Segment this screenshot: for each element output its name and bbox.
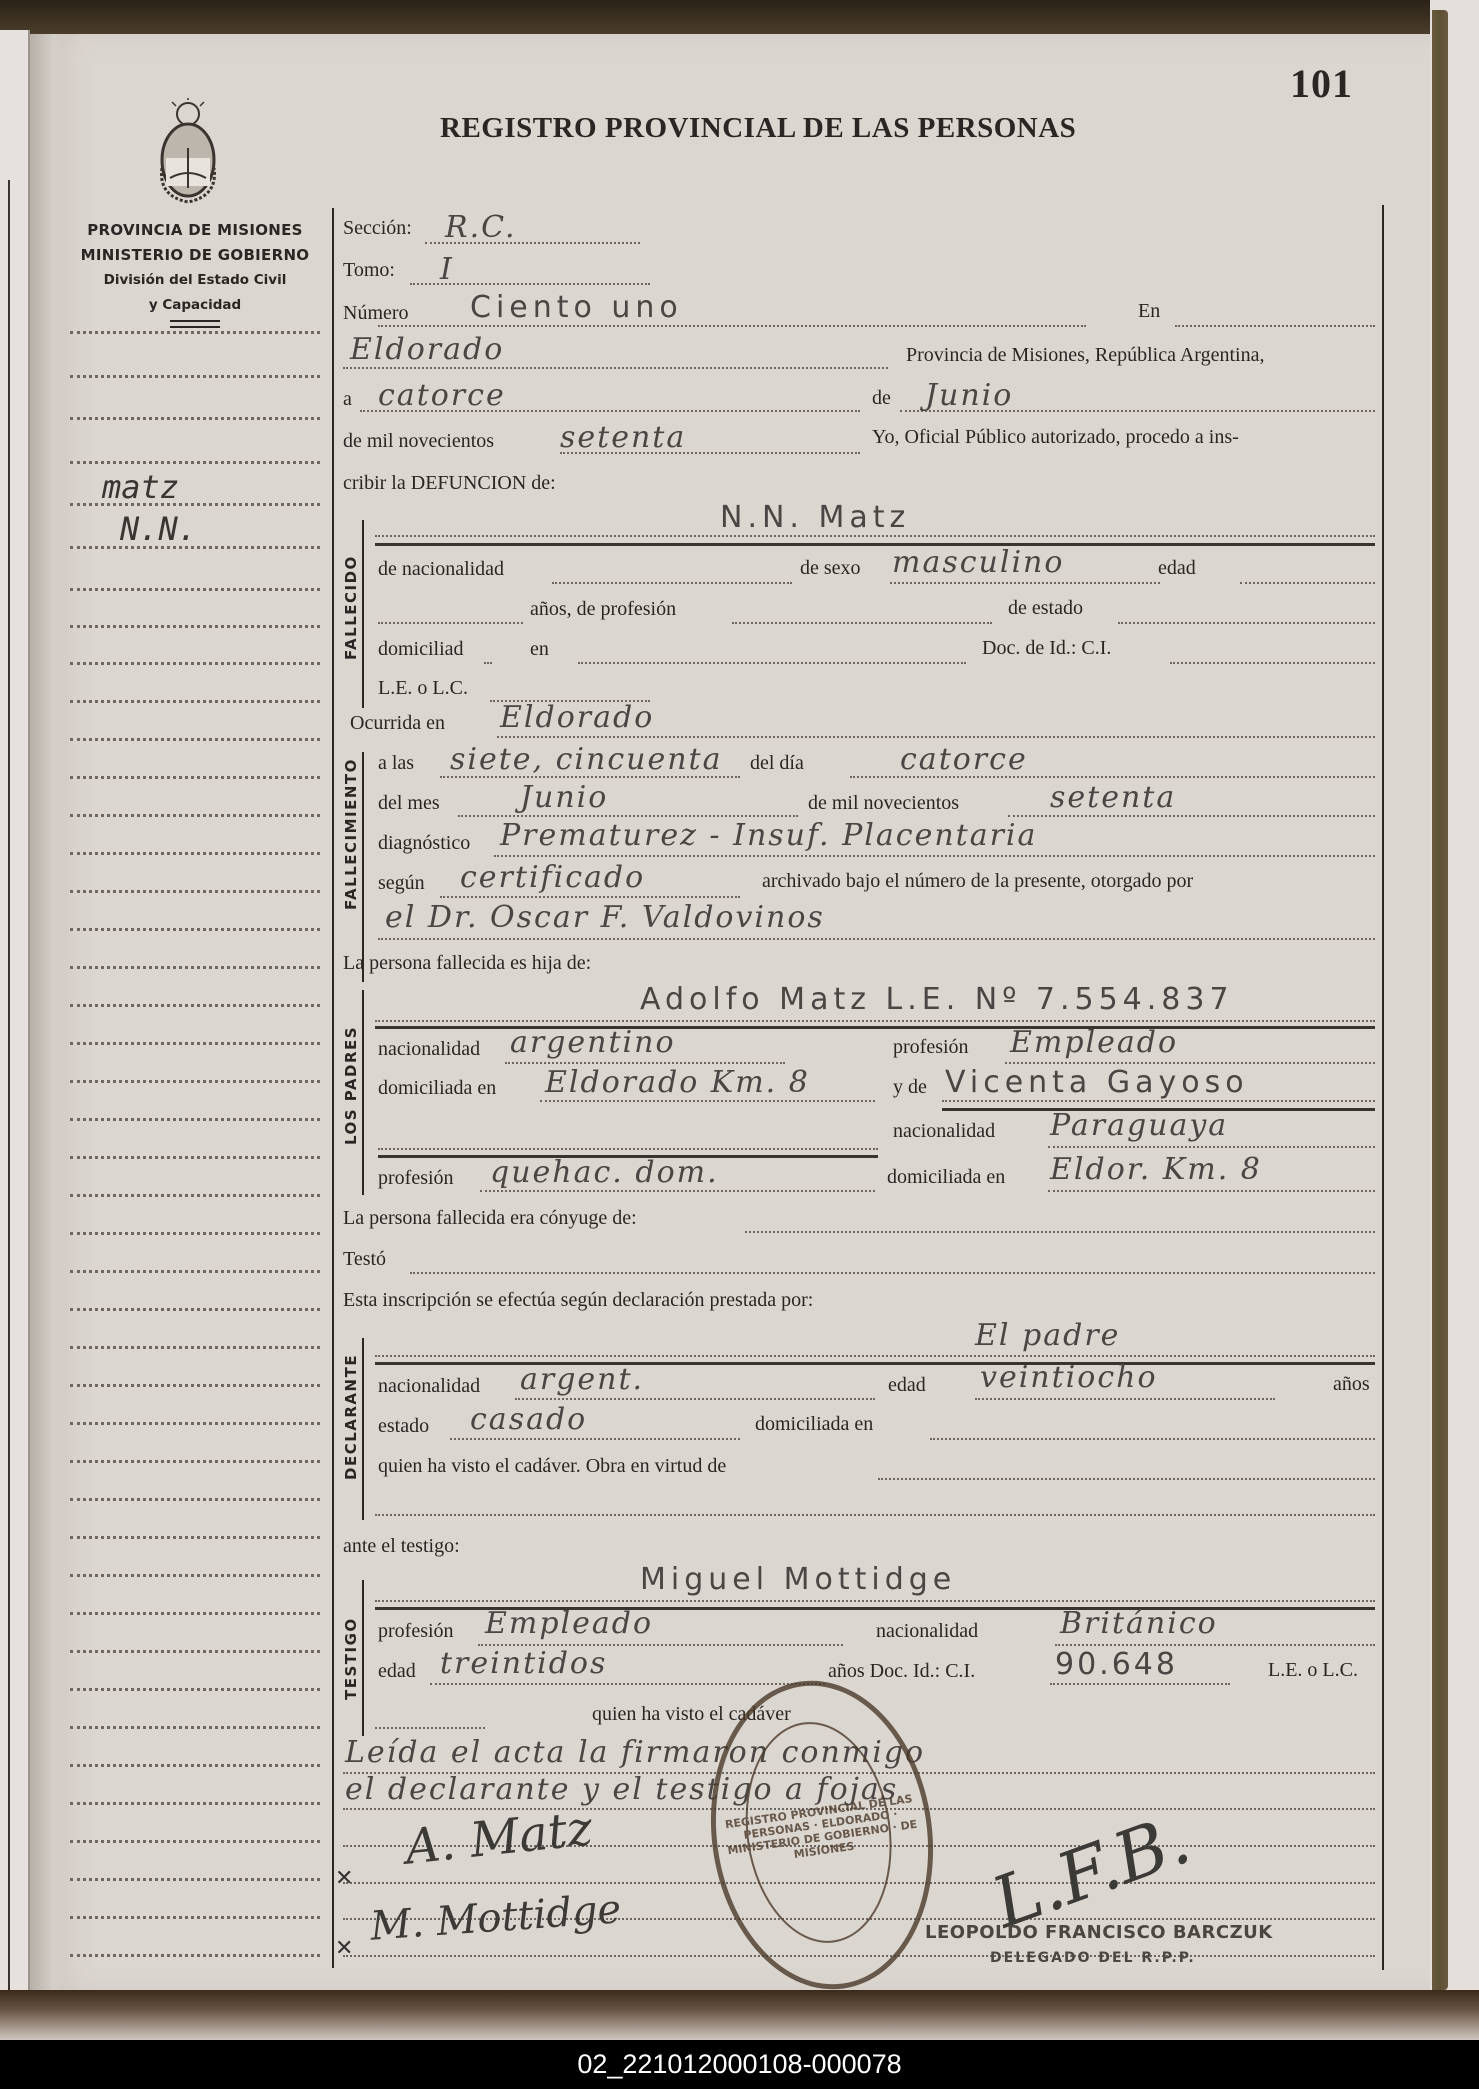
segun-label: según	[378, 872, 425, 895]
medico-value: el Dr. Oscar F. Valdovinos	[385, 900, 825, 935]
page-title: REGISTRO PROVINCIAL DE LAS PERSONAS	[440, 112, 1076, 145]
province-text: Provincia de Misiones, República Argenti…	[906, 344, 1264, 367]
testigo-nacionalidad-value: Británico	[1060, 1606, 1218, 1641]
en-label: En	[1138, 300, 1160, 323]
anos-profesion-label: años, de profesión	[530, 598, 676, 621]
testigo-profesion-label: profesión	[378, 1620, 454, 1643]
declarante-estado-label: estado	[378, 1415, 429, 1438]
dia-label: del día	[750, 752, 804, 775]
padre-nacionalidad-label: nacionalidad	[378, 1038, 480, 1061]
hora-label: a las	[378, 752, 414, 775]
ministry-header: PROVINCIA DE MISIONES MINISTERIO DE GOBI…	[60, 218, 330, 330]
officer-name: LEOPOLDO FRANCISCO BARCZUK	[925, 1922, 1273, 1943]
declarante-estado-value: casado	[470, 1402, 587, 1437]
testigo-edad-label: edad	[378, 1660, 416, 1683]
year-label: de mil novecientos	[343, 430, 494, 453]
domicilio-en-label: en	[530, 638, 549, 661]
declarante-nacionalidad-label: nacionalidad	[378, 1375, 480, 1398]
declarante-nacionalidad-value: argent.	[520, 1362, 644, 1397]
testigo-le-label: L.E. o L.C.	[1268, 1659, 1358, 1682]
margin-note-surname: matz	[102, 468, 179, 506]
padre-name-value: Adolfo Matz L.E. Nº 7.554.837	[640, 982, 1234, 1017]
ministry-name: MINISTERIO DE GOBIERNO	[60, 243, 330, 268]
tomo-value: I	[440, 252, 454, 287]
sexo-value: masculino	[892, 545, 1064, 580]
declarante-edad-value: veintiocho	[980, 1360, 1158, 1395]
testigo-doc-label: años Doc. Id.: C.I.	[828, 1660, 975, 1683]
dia-value: catorce	[900, 742, 1028, 777]
testigo-doc-value: 90.648	[1055, 1647, 1178, 1682]
madre-nacionalidad-label: nacionalidad	[893, 1120, 995, 1143]
testigo-intro: ante el testigo:	[343, 1535, 460, 1558]
previous-page-edge	[0, 30, 30, 1990]
seccion-label: Sección:	[343, 217, 412, 240]
diagnostico-value: Prematurez - Insuf. Placentaria	[500, 818, 1037, 853]
scanned-document: 101 REGISTRO PROVINCIAL DE LAS PERSONAS …	[0, 0, 1479, 2040]
year-value: setenta	[560, 420, 686, 455]
padres-intro: La persona fallecida es hija de:	[343, 952, 591, 975]
testigo-edad-value: treintidos	[440, 1646, 607, 1681]
section-label-padres: LOS PADRES	[342, 1026, 360, 1145]
signature-mark-icon: ✕	[335, 1865, 353, 1891]
day-prefix-label: a	[343, 388, 352, 411]
madre-profesion-label: profesión	[378, 1167, 454, 1190]
nacionalidad-label: de nacionalidad	[378, 558, 504, 581]
sexo-label: de sexo	[800, 557, 861, 580]
section-label-declarante: DECLARANTE	[342, 1354, 360, 1480]
padre-profesion-label: profesión	[893, 1036, 969, 1059]
testigo-name-value: Miguel Mottidge	[640, 1562, 956, 1597]
declarante-quien-text: quien ha visto el cadáver. Obra en virtu…	[378, 1455, 726, 1478]
ocurrida-value: Eldorado	[500, 700, 654, 735]
officer-title: DELEGADO DEL R.P.P.	[990, 1950, 1196, 1966]
division-name: División del Estado Civil	[60, 268, 330, 293]
scan-id-caption: 02_221012000108-000078	[0, 2040, 1479, 2089]
domiciliad-label: domiciliad	[378, 638, 464, 661]
section-label-fallecido: FALLECIDO	[342, 555, 360, 660]
tomo-label: Tomo:	[343, 259, 395, 282]
madre-nacionalidad-value: Paraguaya	[1050, 1108, 1228, 1143]
place-value: Eldorado	[350, 332, 504, 367]
mes-value: Junio	[520, 780, 608, 815]
segun-value: certificado	[460, 860, 645, 895]
book-cover-top	[0, 0, 1479, 34]
madre-prefix-label: y de	[893, 1076, 927, 1099]
padre-domicilio-label: domiciliada en	[378, 1077, 496, 1100]
officer-statement: Yo, Oficial Público autorizado, procedo …	[872, 426, 1239, 449]
declarante-intro: Esta inscripción se efectúa según declar…	[343, 1289, 813, 1312]
page-number: 101	[1290, 60, 1353, 107]
mes-label: del mes	[378, 792, 440, 815]
madre-name-value: Vicenta Gayoso	[945, 1065, 1249, 1100]
double-underline	[170, 320, 220, 328]
month-value: Junio	[925, 378, 1013, 413]
edad-label: edad	[1158, 557, 1196, 580]
estado-label: de estado	[1008, 597, 1083, 620]
padre-domicilio-value: Eldorado Km. 8	[545, 1065, 810, 1100]
month-prefix-label: de	[872, 387, 891, 410]
madre-domicilio-value: Eldor. Km. 8	[1050, 1152, 1262, 1187]
book-cover-bottom	[0, 1990, 1479, 2040]
seccion-value: R.C.	[445, 210, 517, 245]
le-label: L.E. o L.C.	[378, 677, 468, 700]
padre-profesion-value: Empleado	[1010, 1025, 1178, 1060]
testigo-profesion-value: Empleado	[485, 1606, 653, 1641]
day-value: catorce	[378, 378, 506, 413]
ocurrida-label: Ocurrida en	[350, 712, 445, 735]
numero-label: Número	[343, 302, 409, 325]
testo-label: Testó	[343, 1248, 386, 1271]
section-label-fallecimiento: FALLECIMIENTO	[342, 758, 360, 910]
madre-profesion-value: quehac. dom.	[490, 1155, 719, 1190]
declarante-name-value: El padre	[975, 1318, 1120, 1353]
defuncion-statement: cribir la DEFUNCION de:	[343, 472, 556, 495]
deceased-name-value: N.N. Matz	[720, 500, 910, 535]
coat-of-arms-icon	[148, 98, 228, 208]
form-left-border	[332, 208, 334, 1968]
anio-value: setenta	[1050, 780, 1176, 815]
province-name: PROVINCIA DE MISIONES	[60, 218, 330, 243]
testigo-nacionalidad-label: nacionalidad	[876, 1620, 978, 1643]
archivado-text: archivado bajo el número de la presente,…	[762, 870, 1193, 893]
doc-label: Doc. de Id.: C.I.	[982, 637, 1111, 660]
conyuge-label: La persona fallecida era cónyuge de:	[343, 1207, 637, 1230]
padre-nacionalidad-value: argentino	[510, 1025, 676, 1060]
form-right-border	[1382, 205, 1384, 1970]
division-subname: y Capacidad	[60, 293, 330, 318]
diagnostico-label: diagnóstico	[378, 832, 470, 855]
signature-mark-icon: ✕	[335, 1935, 353, 1961]
declarante-anos-label: años	[1333, 1373, 1370, 1396]
declarante-edad-label: edad	[888, 1374, 926, 1397]
section-label-testigo: TESTIGO	[342, 1617, 360, 1700]
hora-value: siete, cincuenta	[450, 742, 722, 777]
margin-note-initials: N.N.	[120, 510, 197, 548]
declarante-domicilio-label: domiciliada en	[755, 1413, 873, 1436]
numero-value: Ciento uno	[470, 290, 683, 325]
madre-domicilio-label: domiciliada en	[887, 1166, 1005, 1189]
anio-label: de mil novecientos	[808, 792, 959, 815]
book-cover-edge	[1432, 10, 1448, 1990]
